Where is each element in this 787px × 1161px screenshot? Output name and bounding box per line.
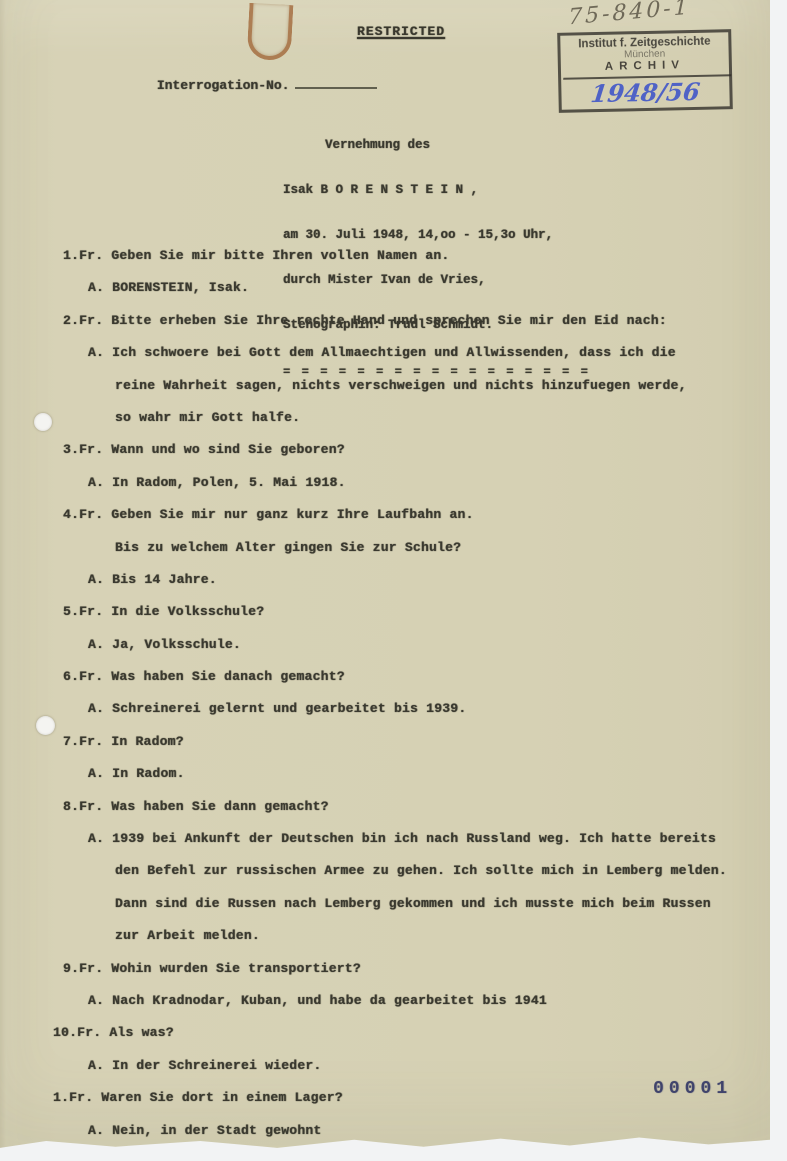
qa-line: A. Nein, in der Stadt gewohnt — [88, 1115, 770, 1147]
classification-header: RESTRICTED — [357, 24, 445, 39]
qa-line: A. In der Schreinerei wieder. — [88, 1050, 770, 1082]
qa-line: 6.Fr. Was haben Sie danach gemacht? — [63, 661, 770, 693]
paperclip-stain — [247, 3, 294, 61]
qa-line: zur Arbeit melden. — [115, 920, 770, 952]
interrogation-number-blank — [295, 75, 377, 89]
qa-line: 2.Fr. Bitte erheben Sie Ihre rechte Hand… — [63, 305, 770, 337]
qa-line: A. Bis 14 Jahre. — [88, 564, 770, 596]
qa-line: Dann sind die Russen nach Lemberg gekomm… — [115, 888, 770, 920]
qa-line: A. Ich schwoere bei Gott dem Allmaechtig… — [88, 337, 770, 369]
punch-hole — [34, 413, 52, 431]
handwritten-archive-number: 75-840-1 — [568, 0, 691, 30]
stamp-number-handwritten: 1948/56 — [560, 74, 732, 110]
qa-line: reine Wahrheit sagen, nichts verschweige… — [115, 370, 770, 402]
qa-line: 10.Fr. Als was? — [53, 1017, 770, 1049]
qa-line: den Befehl zur russischen Armee zu gehen… — [115, 855, 770, 887]
subject-name-line: Isak B O R E N S T E I N , — [283, 183, 590, 198]
scan-background: RESTRICTED 75-840-1 Institut f. Zeitgesc… — [0, 0, 787, 1161]
interrogation-number-row: Interrogation-No. — [110, 60, 377, 108]
qa-line: 3.Fr. Wann und wo sind Sie geboren? — [63, 434, 770, 466]
qa-line: 1.Fr. Geben Sie mir bitte Ihren vollen N… — [63, 240, 770, 272]
archive-stamp: Institut f. Zeitgeschichte München ARCHI… — [557, 29, 733, 113]
page-number-stamp: 00001 — [653, 1079, 732, 1099]
qa-line: A. Nach Kradnodar, Kuban, und habe da ge… — [88, 985, 770, 1017]
qa-line: 7.Fr. In Radom? — [63, 726, 770, 758]
qa-line: A. 1939 bei Ankunft der Deutschen bin ic… — [88, 823, 770, 855]
qa-line: A. BORENSTEIN, Isak. — [88, 272, 770, 304]
qa-transcript: 1.Fr. Geben Sie mir bitte Ihren vollen N… — [0, 240, 770, 1147]
qa-line: 4.Fr. Geben Sie mir nur ganz kurz Ihre L… — [63, 499, 770, 531]
qa-line: A. Schreinerei gelernt und gearbeitet bi… — [88, 693, 770, 725]
qa-line: A. Ja, Volksschule. — [88, 629, 770, 661]
document-page: RESTRICTED 75-840-1 Institut f. Zeitgesc… — [0, 0, 770, 1149]
title-line: Vernehmung des — [325, 138, 590, 153]
qa-line: so wahr mir Gott halfe. — [115, 402, 770, 434]
qa-line: Bis zu welchem Alter gingen Sie zur Schu… — [115, 532, 770, 564]
qa-line: A. In Radom. — [88, 758, 770, 790]
qa-line: A. In Radom, Polen, 5. Mai 1918. — [88, 467, 770, 499]
punch-hole — [36, 716, 55, 735]
interrogation-no-label: Interrogation-No. — [157, 78, 290, 93]
qa-line: 9.Fr. Wohin wurden Sie transportiert? — [63, 953, 770, 985]
qa-line: 5.Fr. In die Volksschule? — [63, 596, 770, 628]
qa-line: 8.Fr. Was haben Sie dann gemacht? — [63, 791, 770, 823]
